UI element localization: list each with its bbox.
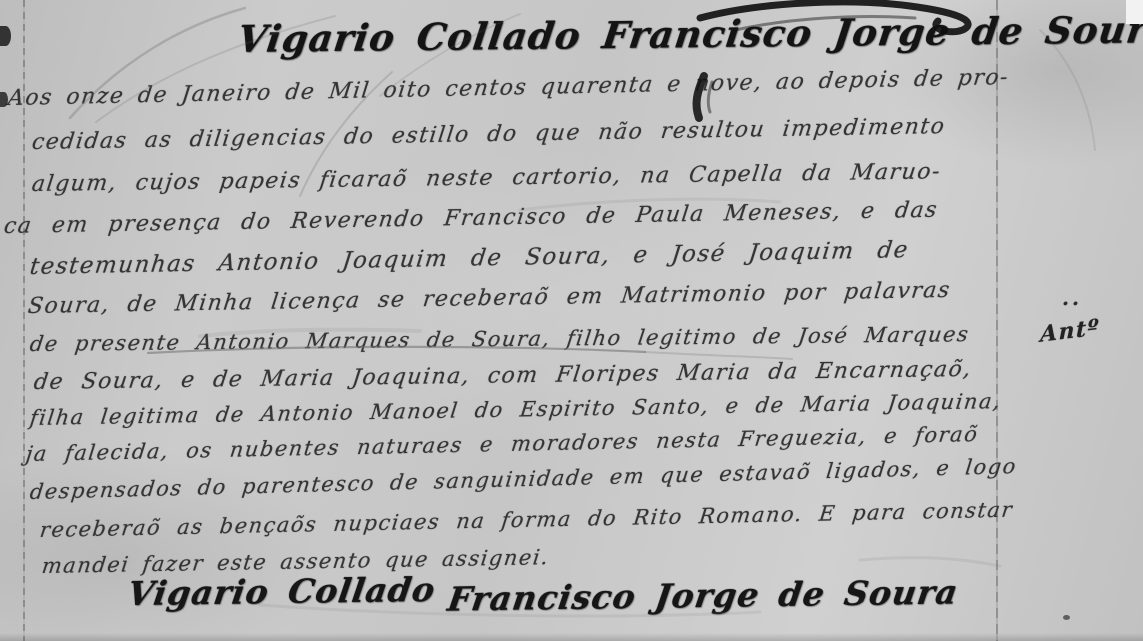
bottom-edge-shadow	[0, 633, 1143, 641]
scan-corner-patch	[1126, 0, 1143, 24]
record-line: algum, cujos papeis ficaraõ neste cartor…	[30, 159, 942, 197]
record-line: de Soura, e de Maria Joaquina, com Flori…	[32, 357, 973, 395]
record-line: Aos onze de Janeiro de Mil oito centos q…	[7, 65, 1011, 111]
right-margin-rule	[996, 0, 998, 641]
edge-ink-blot	[0, 26, 11, 46]
edge-ink-blot	[0, 92, 8, 107]
signature-francisco-jorge: Francisco Jorge de Soura	[445, 572, 961, 618]
signature-vigario-collado: Vigario Collado	[125, 570, 438, 613]
margin-note-anto: Antº	[1040, 314, 1100, 348]
record-line: de presente Antonio Marques de Soura, fi…	[28, 322, 971, 356]
paper-speck	[1063, 615, 1070, 620]
record-title: Vigario Collado Francisco Jorge de Soura	[235, 7, 1143, 61]
record-line: cedidas as diligencias do estillo do que…	[30, 114, 946, 155]
margin-ditto-mark: ..	[1062, 286, 1082, 310]
record-line: receberaõ as bençaõs nupciaes na forma d…	[39, 498, 1015, 542]
record-line: testemunhas Antonio Joaquim de Soura, e …	[28, 237, 910, 280]
document-scan-page: Vigario Collado Francisco Jorge de Soura…	[0, 0, 1143, 641]
record-line: ca em presença do Reverendo Francisco de…	[2, 198, 939, 239]
paper-speck	[858, 598, 864, 603]
record-line: Soura, de Minha licença se receberaõ em …	[26, 278, 952, 319]
